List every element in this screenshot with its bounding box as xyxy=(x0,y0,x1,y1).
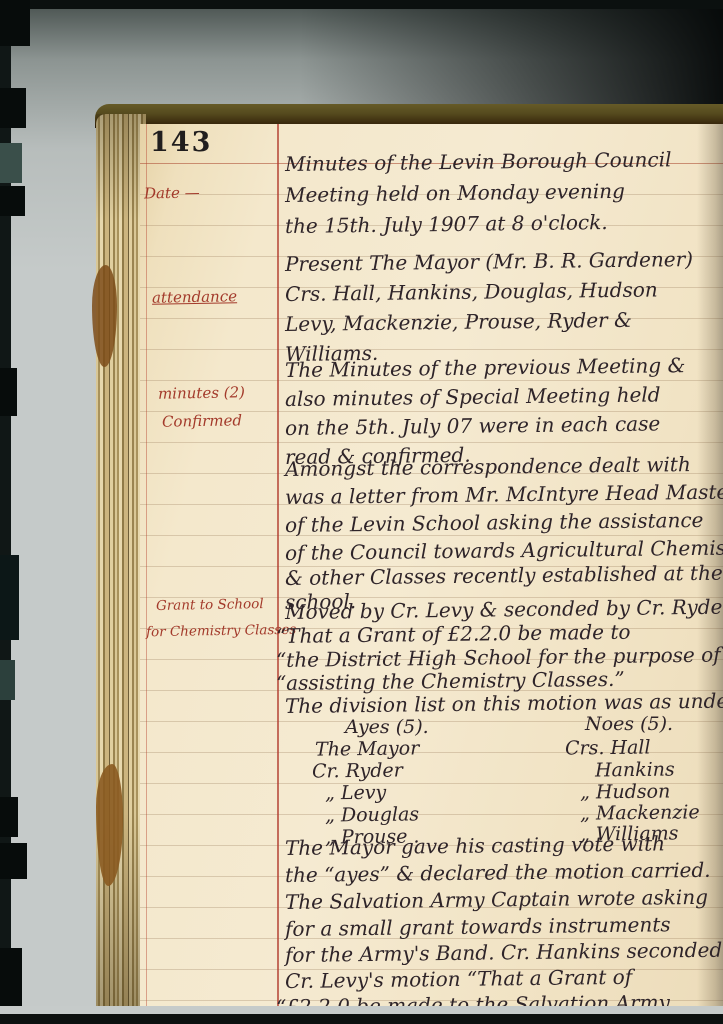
ayes-header: Ayes (5). xyxy=(345,716,429,739)
handwritten-line: also minutes of Special Meeting held xyxy=(285,382,661,411)
margin-note-grant: Grant to School xyxy=(156,595,264,616)
handwritten-line: the 15th. July 1907 at 8 o'clock. xyxy=(285,210,608,238)
handwritten-line: Present The Mayor (Mr. B. R. Gardener) xyxy=(285,247,693,276)
ledger-page: 143 Date — attendance minutes (2) Confir… xyxy=(140,124,723,1008)
ayes-row: „ Douglas xyxy=(325,803,419,826)
left-edge-red-rule xyxy=(146,124,147,1008)
film-strip-edge xyxy=(0,0,34,1024)
margin-note-minutes-confirmed: minutes (2) xyxy=(158,383,245,404)
ayes-row: Cr. Ryder xyxy=(312,759,403,782)
ayes-row: „ Levy xyxy=(325,782,386,805)
noes-row: Hankins xyxy=(595,759,675,782)
handwritten-line: Amongst the correspondence dealt with xyxy=(285,452,691,481)
ayes-row: The Mayor xyxy=(315,737,419,760)
margin-note-minutes-confirmed: Confirmed xyxy=(162,411,242,431)
handwritten-line: Minutes of the Levin Borough Council xyxy=(285,147,672,176)
photo-bottom-edge xyxy=(0,1014,723,1024)
minute-book-photo: 143 Date — attendance minutes (2) Confir… xyxy=(0,0,723,1024)
handwritten-line: for a small grant towards instruments xyxy=(285,912,671,941)
margin-note-attendance: attendance xyxy=(152,287,237,307)
noes-header: Noes (5). xyxy=(585,713,673,736)
handwritten-line: Crs. Hall, Hankins, Douglas, Hudson xyxy=(285,277,658,306)
margin-note-grant: for Chemistry Classes xyxy=(146,621,297,643)
noes-row: Crs. Hall xyxy=(565,736,651,759)
margin-rule xyxy=(277,124,279,1008)
handwritten-line: Levy, Mackenzie, Prouse, Ryder & xyxy=(285,308,632,336)
handwritten-line: The Minutes of the previous Meeting & xyxy=(285,353,686,382)
page-number: 143 xyxy=(150,128,212,158)
margin-note-date: Date — xyxy=(144,184,200,204)
handwritten-line: Cr. Levy's motion “That a Grant of xyxy=(285,965,632,993)
photo-top-edge xyxy=(0,0,723,9)
noes-row: „ Mackenzie xyxy=(580,801,700,824)
handwritten-line: The Mayor gave his casting vote with xyxy=(285,831,665,860)
handwritten-line: Meeting held on Monday evening xyxy=(285,179,625,207)
noes-row: „ Hudson xyxy=(580,780,671,803)
handwritten-line: of the Levin School asking the assistanc… xyxy=(285,508,704,537)
handwritten-line: on the 5th. July 07 were in each case xyxy=(285,411,661,440)
